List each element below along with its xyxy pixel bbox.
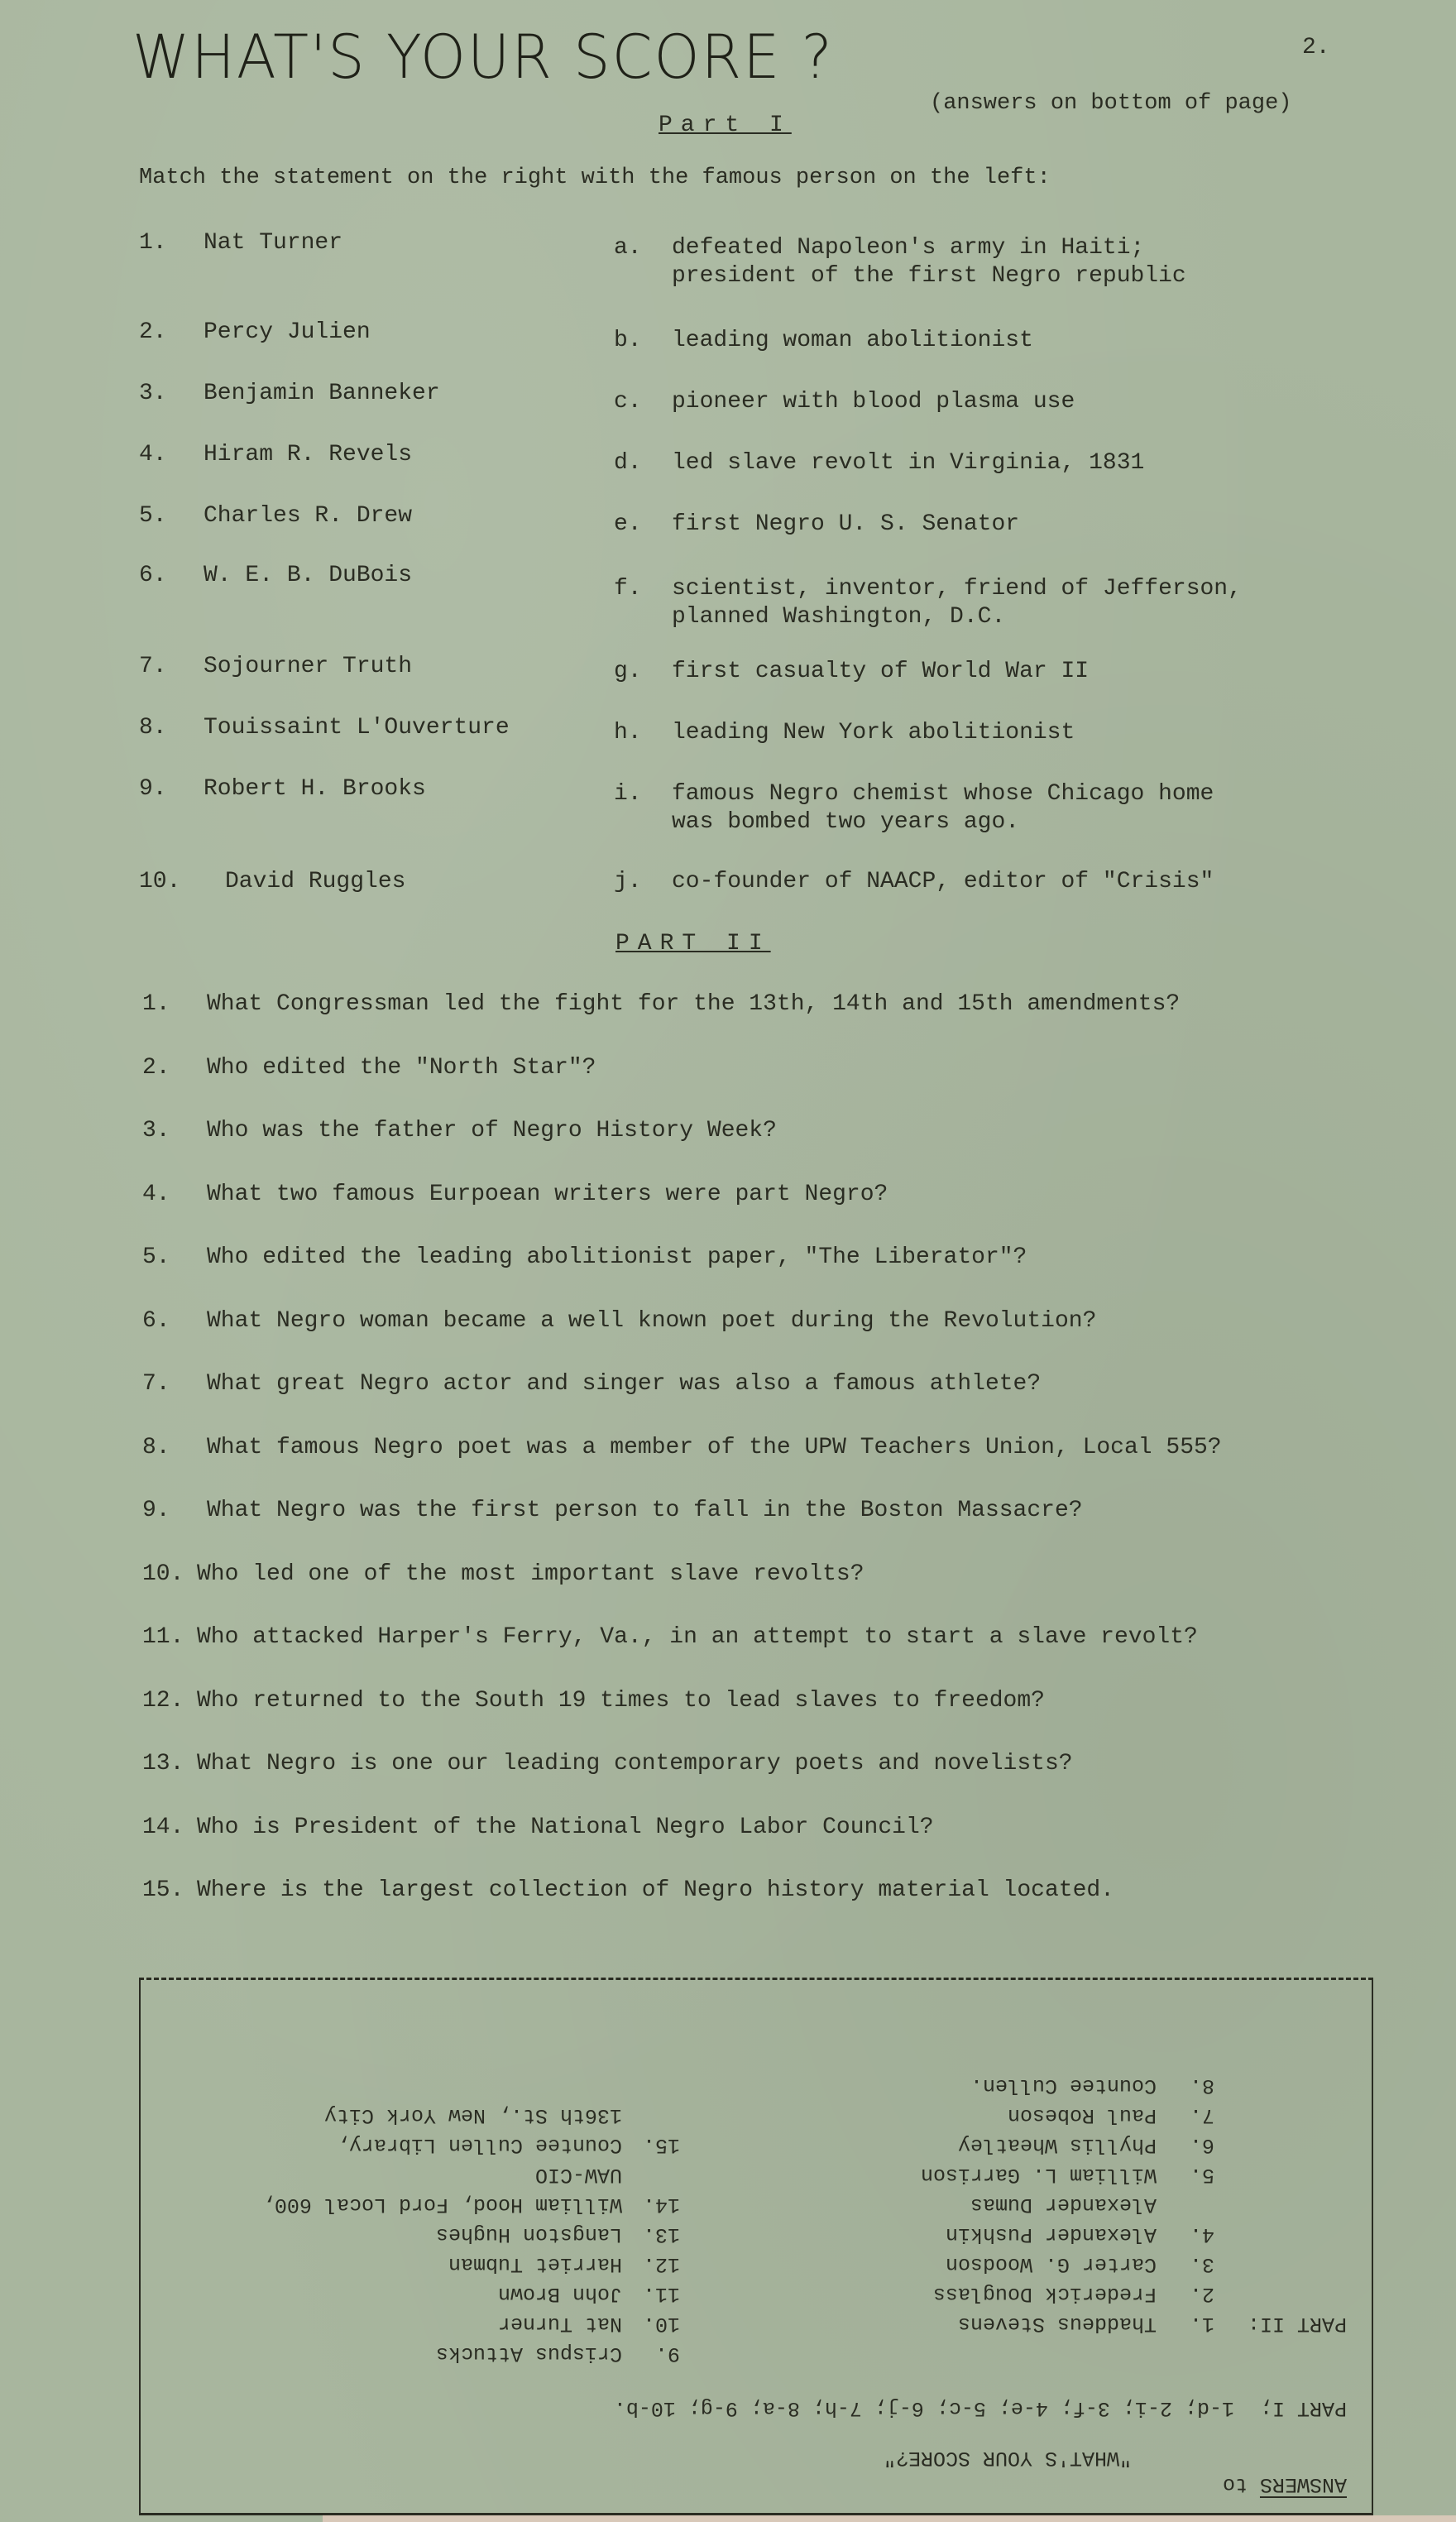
question-text: Who led one of the most important slave … xyxy=(197,1561,864,1587)
person-name: Charles R. Drew xyxy=(204,503,412,529)
part2-heading: PART II xyxy=(615,931,771,957)
question-text: What Negro is one our leading contempora… xyxy=(197,1751,1073,1776)
part1-instruction: Match the statement on the right with th… xyxy=(139,165,1051,190)
answers-heading-row: ANSWERS to xyxy=(1223,2472,1347,2496)
statement-letter: c. xyxy=(614,389,642,415)
statement-text-cont: president of the first Negro republic xyxy=(672,263,1186,289)
answers-heading-suffix: to xyxy=(1223,2472,1248,2496)
statement-letter: f. xyxy=(614,576,642,602)
question-number: 12. xyxy=(142,1688,184,1714)
answers-heading: ANSWERS xyxy=(1260,2472,1347,2496)
answers-box: ANSWERS to "WHAT'S YOUR SCORE?" PART I; … xyxy=(139,1978,1373,2515)
answers-subheading: "WHAT'S YOUR SCORE?" xyxy=(884,2446,1132,2470)
statement-text: first Negro U. S. Senator xyxy=(672,511,1019,537)
answer-number: 12. xyxy=(643,2252,680,2276)
statement-text: pioneer with blood plasma use xyxy=(672,389,1075,415)
answer-text: Paul Robeson xyxy=(1008,2103,1157,2127)
answer-number: 11. xyxy=(643,2282,680,2306)
statement-letter: g. xyxy=(614,659,642,684)
question-text: Where is the largest collection of Negro… xyxy=(197,1877,1114,1903)
answer-text: William L. Garrison xyxy=(921,2163,1157,2187)
question-number: 2. xyxy=(142,1055,170,1081)
answer-number: 8. xyxy=(1190,2074,1214,2098)
statement-text: famous Negro chemist whose Chicago home xyxy=(672,781,1214,807)
person-number: 5. xyxy=(139,503,167,529)
question-number: 11. xyxy=(142,1624,184,1650)
question-text: Who returned to the South 19 times to le… xyxy=(197,1688,1045,1714)
page-title: WHAT'S YOUR SCORE ? xyxy=(132,22,834,93)
person-name: Percy Julien xyxy=(204,319,371,345)
answer-text: Carter G. Woodson xyxy=(946,2252,1157,2276)
person-name: Touissaint L'Ouverture xyxy=(204,715,510,741)
person-number: 10. xyxy=(139,869,180,894)
person-number: 8. xyxy=(139,715,167,741)
answer-text: Langston Hughes xyxy=(436,2222,622,2246)
statement-text: led slave revolt in Virginia, 1831 xyxy=(672,450,1144,476)
answer-text: Alexander Pushkin xyxy=(946,2222,1157,2246)
answer-number: 7. xyxy=(1190,2103,1214,2127)
answer-number: 3. xyxy=(1190,2252,1214,2276)
question-number: 9. xyxy=(142,1498,170,1523)
question-text: Who attacked Harper's Ferry, Va., in an … xyxy=(197,1624,1198,1650)
question-text: Who edited the "North Star"? xyxy=(207,1055,596,1081)
statement-text: leading New York abolitionist xyxy=(672,720,1075,746)
question-number: 8. xyxy=(142,1435,170,1460)
answer-number: 13. xyxy=(643,2222,680,2246)
statement-text: leading woman abolitionist xyxy=(672,328,1033,353)
person-number: 7. xyxy=(139,654,167,679)
person-number: 9. xyxy=(139,776,167,802)
answer-text: Harriet Tubman xyxy=(448,2252,622,2276)
question-text: What Negro woman became a well known poe… xyxy=(207,1308,1096,1334)
statement-text: first casualty of World War II xyxy=(672,659,1089,684)
question-number: 14. xyxy=(142,1815,184,1840)
question-number: 5. xyxy=(142,1244,170,1270)
statement-text: scientist, inventor, friend of Jefferson… xyxy=(672,576,1242,602)
answers-note: (answers on bottom of page) xyxy=(930,91,1291,116)
person-number: 3. xyxy=(139,381,167,406)
question-text: Who is President of the National Negro L… xyxy=(197,1815,934,1840)
question-text: What Negro was the first person to fall … xyxy=(207,1498,1083,1523)
answer-text: UAW-CIO xyxy=(535,2163,622,2187)
person-name: W. E. B. DuBois xyxy=(204,563,412,588)
answers-part2-label: PART II: xyxy=(1248,2312,1347,2336)
answer-text: 136th St., New York City xyxy=(324,2103,622,2127)
answer-text: John Brown xyxy=(498,2282,622,2306)
answer-number: 9. xyxy=(655,2342,680,2366)
answer-text: Crispus Attucks xyxy=(436,2342,622,2366)
question-text: What Congressman led the fight for the 1… xyxy=(207,991,1180,1017)
answer-text: Thaddeus Stevens xyxy=(958,2312,1157,2336)
question-number: 1. xyxy=(142,991,170,1017)
statement-text-cont: planned Washington, D.C. xyxy=(672,604,1005,630)
question-text: What great Negro actor and singer was al… xyxy=(207,1371,1041,1397)
answers-part1-key: 1-d; 2-i; 3-f; 4-e; 5-c; 6-j; 7-h; 8-a; … xyxy=(614,2396,1234,2420)
answer-number: 2. xyxy=(1190,2282,1214,2306)
person-name: Hiram R. Revels xyxy=(204,442,412,467)
question-number: 10. xyxy=(142,1561,184,1587)
answer-number: 1. xyxy=(1190,2312,1214,2336)
question-number: 4. xyxy=(142,1182,170,1207)
statement-letter: d. xyxy=(614,450,642,476)
statement-letter: j. xyxy=(614,869,642,894)
answer-text: Frederick Douglass xyxy=(933,2282,1157,2306)
person-number: 2. xyxy=(139,319,167,345)
person-name: David Ruggles xyxy=(225,869,405,894)
person-name: Sojourner Truth xyxy=(204,654,412,679)
question-text: What famous Negro poet was a member of t… xyxy=(207,1435,1222,1460)
statement-text: co-founder of NAACP, editor of "Crisis" xyxy=(672,869,1214,894)
question-text: Who was the father of Negro History Week… xyxy=(207,1118,777,1144)
answer-text: Nat Turner xyxy=(498,2312,622,2336)
person-name: Robert H. Brooks xyxy=(204,776,426,802)
answer-number: 14. xyxy=(643,2193,680,2217)
answer-text: Countee Cullen Library, xyxy=(337,2133,622,2157)
statement-text: defeated Napoleon's army in Haiti; xyxy=(672,235,1144,261)
answers-rotated-content: ANSWERS to "WHAT'S YOUR SCORE?" PART I; … xyxy=(141,1980,1372,2513)
question-number: 6. xyxy=(142,1308,170,1334)
question-text: Who edited the leading abolitionist pape… xyxy=(207,1244,1027,1270)
person-number: 6. xyxy=(139,563,167,588)
statement-letter: h. xyxy=(614,720,642,746)
answer-text: William Hood, Ford Local 600, xyxy=(262,2193,622,2217)
paper-edge xyxy=(323,2515,1456,2522)
answers-part1-row: PART I; 1-d; 2-i; 3-f; 4-e; 5-c; 6-j; 7-… xyxy=(614,2396,1347,2420)
statement-letter: e. xyxy=(614,511,642,537)
answer-text: Countee Cullen. xyxy=(970,2074,1157,2098)
answer-text: Phyllis Wheatley xyxy=(958,2133,1157,2157)
question-number: 3. xyxy=(142,1118,170,1144)
person-number: 4. xyxy=(139,442,167,467)
document-page: WHAT'S YOUR SCORE ? 2. (answers on botto… xyxy=(0,0,1456,2522)
statement-letter: i. xyxy=(614,781,642,807)
question-number: 7. xyxy=(142,1371,170,1397)
answer-number: 10. xyxy=(643,2312,680,2336)
question-text: What two famous Eurpoean writers were pa… xyxy=(207,1182,888,1207)
statement-letter: a. xyxy=(614,235,642,261)
question-number: 15. xyxy=(142,1877,184,1903)
answer-number: 4. xyxy=(1190,2222,1214,2246)
answers-part1-label: PART I; xyxy=(1260,2396,1347,2420)
answer-text: Alexander Dumas xyxy=(970,2193,1157,2217)
answer-number: 15. xyxy=(643,2133,680,2157)
question-number: 13. xyxy=(142,1751,184,1776)
page-number: 2. xyxy=(1302,35,1330,60)
answer-number: 5. xyxy=(1190,2163,1214,2187)
person-number: 1. xyxy=(139,230,167,256)
statement-text-cont: was bombed two years ago. xyxy=(672,809,1019,835)
person-name: Benjamin Banneker xyxy=(204,381,440,406)
part1-heading: Part I xyxy=(659,113,792,138)
person-name: Nat Turner xyxy=(204,230,342,256)
answer-number: 6. xyxy=(1190,2133,1214,2157)
statement-letter: b. xyxy=(614,328,642,353)
